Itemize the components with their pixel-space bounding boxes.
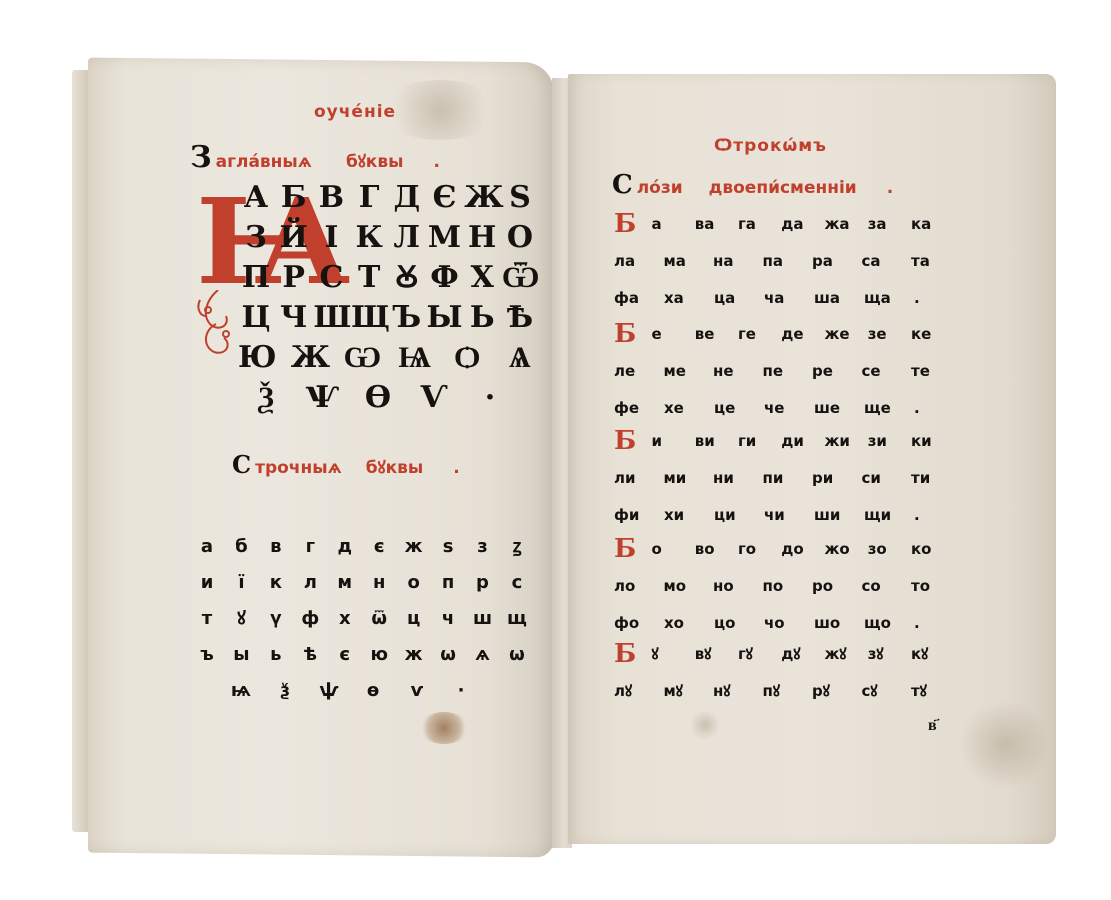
red-capital: Б (614, 534, 636, 564)
letter: Ы (427, 300, 463, 336)
syllable: ви (695, 432, 723, 450)
syllable: ще (864, 399, 892, 417)
letter: а (192, 536, 222, 557)
open-book: оучéніе Заглáвныѧбꙋквы. Ꙗ А Б В Г Д Є Ж … (0, 0, 1111, 900)
heading-period: . (453, 458, 459, 478)
letter: ь (261, 644, 291, 665)
syllable: ла (614, 252, 642, 270)
letter: · (472, 380, 508, 416)
letter: р (468, 572, 498, 593)
letter: С (313, 260, 349, 296)
syllable-row: ли ми ни пи ри си ти (614, 459, 939, 496)
letter: Ф (427, 260, 463, 296)
syllable: зо (868, 540, 896, 558)
syllable-row: лꙋ мꙋ нꙋ пꙋ рꙋ сꙋ тꙋ (614, 672, 939, 709)
syllable: чо (764, 614, 792, 632)
syllable: ди (781, 432, 809, 450)
syllable: ра (812, 252, 840, 270)
syllable-row: ле ме не пе ре се те (614, 352, 939, 389)
syllable: ма (664, 252, 692, 270)
letter: г (295, 536, 325, 557)
letter: ъ (192, 644, 222, 665)
syllable: во (695, 540, 723, 558)
syllable: ги (738, 432, 766, 450)
letter: Ю (238, 340, 274, 376)
syllable: то (911, 577, 939, 595)
syllable: та (911, 252, 939, 270)
syllable: зе (868, 325, 896, 343)
syllable: зи (868, 432, 896, 450)
syllable-block: Б а ва га да жа за ка ла ма на па ра са … (614, 205, 939, 316)
syllable: ли (614, 469, 642, 487)
lowercase-heading: Строчныѧбꙋквы. (232, 450, 460, 479)
syllable: пе (763, 362, 791, 380)
syllable: що (864, 614, 892, 632)
syllable: де (781, 325, 809, 343)
letter: Ѿ (502, 260, 538, 296)
letter: Ч (276, 300, 312, 336)
syllable: а (651, 215, 679, 233)
syllable: дꙋ (781, 644, 809, 664)
letter: ж (399, 644, 429, 665)
syllable: вꙋ (695, 644, 723, 664)
syllable: цо (714, 614, 742, 632)
letter: Щ (351, 300, 387, 336)
syllable: го (738, 540, 766, 558)
letter: ї (226, 572, 256, 593)
spot-stain (690, 710, 720, 740)
letter: ѧ (468, 644, 498, 665)
letter: В (313, 180, 349, 216)
letter: б (226, 536, 256, 557)
letter: т (192, 608, 222, 629)
syllable: сꙋ (862, 681, 890, 701)
letter-row: и ї к л м н о п р с (192, 564, 532, 600)
letter: ѳ (358, 680, 388, 701)
water-stain (960, 700, 1050, 790)
letter-row: Ц Ч Ш Щ Ъ Ы Ь Ѣ (238, 296, 538, 336)
red-capital: Б (614, 319, 636, 349)
heading-period: . (887, 178, 893, 198)
syllable: ши (814, 506, 842, 524)
syllable: ци (714, 506, 742, 524)
syllable: ло (614, 577, 642, 595)
syllable: жа (824, 215, 852, 233)
syllable: шо (814, 614, 842, 632)
letter: н (364, 572, 394, 593)
letter: Х (464, 260, 500, 296)
syllable: лꙋ (614, 681, 642, 701)
syllable-row: фи хи ци чи ши щи . (614, 496, 939, 533)
letter: Ѻ (449, 340, 485, 376)
syllable: ме (664, 362, 692, 380)
letter-row: а б в г д є ж ѕ з ꙁ (192, 528, 532, 564)
letter: ч (433, 608, 463, 629)
letter: Ѱ (304, 380, 340, 416)
syllable: хе (664, 399, 692, 417)
letter-row: ъ ы ь ѣ є ю ж ѡ ѧ ѡ (192, 636, 532, 672)
letter: Ц (238, 300, 274, 336)
left-page-title: оучéніе (314, 102, 396, 122)
letter: Ѯ (248, 380, 284, 416)
top-stain (380, 80, 500, 140)
letter: ꙁ (502, 534, 532, 558)
syllable: кꙋ (911, 644, 939, 664)
letter: к (261, 572, 291, 593)
syllable: фо (614, 614, 642, 632)
syllable: ка (911, 215, 939, 233)
heading-initial: З (190, 140, 212, 175)
syllable: и (651, 432, 679, 450)
syllable-block: Б и ви ги ди жи зи ки ли ми ни пи ри си … (614, 422, 939, 533)
letter: ш (468, 608, 498, 629)
syllable: не (713, 362, 741, 380)
letter: Ъ (389, 300, 425, 336)
letter: Ѡ (344, 340, 380, 376)
syllable: хи (664, 506, 692, 524)
syllable-block: Б е ве ге де же зе ке ле ме не пе ре се … (614, 315, 939, 426)
syllable: ре (812, 362, 840, 380)
letter: є (364, 536, 394, 557)
syllable: ле (614, 362, 642, 380)
letter: Т (351, 260, 387, 296)
letter: Ь (464, 300, 500, 336)
syllable-block: Б о во го до жо зо ко ло мо но по ро со … (614, 530, 939, 641)
syllable: мо (664, 577, 692, 595)
syllable: ве (695, 325, 723, 343)
letter: ѯ (270, 680, 300, 701)
syllable: . (914, 506, 942, 524)
letter: ꙋ (226, 606, 256, 630)
letter: м (330, 572, 360, 593)
letter: о (399, 572, 429, 593)
syllable: но (713, 577, 741, 595)
heading-word: лóзи (637, 178, 683, 198)
syllable-row: фа ха ца ча ша ща . (614, 279, 939, 316)
letter: є (330, 644, 360, 665)
letter: ѿ (364, 608, 394, 629)
letter: д (330, 536, 360, 557)
syllable: о (651, 540, 679, 558)
red-capital: Б (614, 209, 636, 239)
letter: х (330, 608, 360, 629)
syllable: га (738, 215, 766, 233)
letter: ѡ (433, 644, 463, 665)
letter: ф (295, 608, 325, 629)
letter: Ѕ (502, 180, 538, 216)
syllable: нꙋ (713, 681, 741, 701)
syllables-heading: Слóзидвоепи́сменніи. (612, 170, 893, 200)
letter: Ѳ (360, 380, 396, 416)
heading-word: аглáвныѧ (216, 152, 312, 172)
syllable: ща (864, 289, 892, 307)
letter: Г (351, 180, 387, 216)
syllable: ча (764, 289, 792, 307)
syllable: ке (911, 325, 939, 343)
letter: Ж (291, 340, 327, 376)
syllable: те (911, 362, 939, 380)
letter: Ѣ (502, 300, 538, 336)
letter: ѣ (295, 644, 325, 665)
letter-row: Ю Ж Ѡ Ѩ Ѻ Ѧ (238, 336, 538, 376)
syllable-row: Б ꙋ вꙋ гꙋ дꙋ жꙋ зꙋ кꙋ (614, 635, 939, 672)
syllable: па (763, 252, 791, 270)
syllable-row: ло мо но по ро со то (614, 567, 939, 604)
capitals-heading: Заглáвныѧбꙋквы. (190, 140, 440, 175)
letter: М (427, 220, 463, 256)
letter: ю (364, 644, 394, 665)
capital-letters-grid: А Б В Г Д Є Ж Ѕ З Й І К Л М Н О П Р С Т … (238, 176, 538, 416)
syllable: зꙋ (868, 644, 896, 664)
letter: л (295, 572, 325, 593)
letter-row: А Б В Г Д Є Ж Ѕ (238, 176, 538, 216)
syllable: за (868, 215, 896, 233)
syllable: . (914, 289, 942, 307)
heading-initial: С (612, 170, 633, 200)
syllable-row: Б е ве ге де же зе ке (614, 315, 939, 352)
letter: Ѵ (416, 380, 452, 416)
letter: К (351, 220, 387, 256)
letter: Ѧ (502, 340, 538, 376)
syllable-row: Б а ва га да жа за ка (614, 205, 939, 242)
syllable: фи (614, 506, 642, 524)
lowercase-letters-grid: а б в г д є ж ѕ з ꙁ и ї к л м н о п р с … (192, 528, 532, 708)
letter: ѡ (502, 644, 532, 665)
syllable: по (763, 577, 791, 595)
syllable: до (781, 540, 809, 558)
letter: з (468, 536, 498, 557)
syllable: ха (664, 289, 692, 307)
letter: Є (427, 180, 463, 216)
syllable: же (824, 325, 852, 343)
syllable: се (862, 362, 890, 380)
syllable: рꙋ (812, 681, 840, 701)
syllable: ти (911, 469, 939, 487)
syllable: ше (814, 399, 842, 417)
ink-stain (420, 712, 468, 744)
letter: п (433, 572, 463, 593)
syllable: ца (714, 289, 742, 307)
syllable: е (651, 325, 679, 343)
letter: ы (226, 644, 256, 665)
letter: Й (276, 220, 312, 256)
letter: О (502, 220, 538, 256)
letter: ц (399, 608, 429, 629)
syllable: це (714, 399, 742, 417)
heading-word: бꙋквы (346, 152, 404, 172)
syllable: ко (911, 540, 939, 558)
letter: Ш (313, 300, 349, 336)
letter: А (238, 180, 274, 216)
right-page-title: Ѻтрокѡ́мъ (714, 136, 827, 156)
syllable: жо (824, 540, 852, 558)
syllable: . (914, 614, 942, 632)
letter-row: З Й І К Л М Н О (238, 216, 538, 256)
letter: З (238, 220, 274, 256)
syllable: фе (614, 399, 642, 417)
syllable: ва (695, 215, 723, 233)
signature-mark: в҃ (928, 715, 937, 735)
syllable: фа (614, 289, 642, 307)
letter: Ж (464, 180, 500, 216)
letter: с (502, 572, 532, 593)
letter-row: т ꙋ ү ф х ѿ ц ч ш щ (192, 600, 532, 636)
letter-row: ѩ ѯ ѱ ѳ ѵ · (192, 672, 532, 708)
letter: щ (502, 608, 532, 629)
syllable-block: Б ꙋ вꙋ гꙋ дꙋ жꙋ зꙋ кꙋ лꙋ мꙋ нꙋ пꙋ рꙋ сꙋ … (614, 635, 939, 709)
red-capital: Б (614, 426, 636, 456)
letter: Р (276, 260, 312, 296)
syllable: щи (864, 506, 892, 524)
syllable: мꙋ (664, 681, 692, 701)
heading-period: . (433, 152, 439, 172)
syllable: са (862, 252, 890, 270)
syllable: ри (812, 469, 840, 487)
letter: Ꙋ (389, 260, 425, 296)
syllable: си (862, 469, 890, 487)
syllable-row: Б и ви ги ди жи зи ки (614, 422, 939, 459)
heading-word: двоепи́сменніи (709, 178, 857, 198)
syllable: ша (814, 289, 842, 307)
letter-row: П Р С Т Ꙋ Ф Х Ѿ (238, 256, 538, 296)
syllable: на (713, 252, 741, 270)
syllable: гꙋ (738, 644, 766, 664)
letter: · (446, 680, 476, 701)
letter: Н (464, 220, 500, 256)
letter: П (238, 260, 274, 296)
syllable: чи (764, 506, 792, 524)
heading-initial: С (232, 450, 251, 479)
letter: Л (389, 220, 425, 256)
flourish-ornament-icon (196, 290, 240, 360)
letter: Б (276, 180, 312, 216)
syllable-row: Б о во го до жо зо ко (614, 530, 939, 567)
letter: Д (389, 180, 425, 216)
syllable-row: ла ма на па ра са та (614, 242, 939, 279)
syllable: жꙋ (824, 644, 852, 664)
syllable: со (862, 577, 890, 595)
letter: Ѩ (396, 340, 432, 376)
letter: І (313, 220, 349, 256)
syllable: пꙋ (763, 681, 791, 701)
syllable: пи (763, 469, 791, 487)
letter: ѩ (226, 680, 256, 701)
syllable: ки (911, 432, 939, 450)
syllable: ꙋ (651, 644, 679, 664)
letter: ѵ (402, 680, 432, 701)
letter: ж (399, 536, 429, 557)
heading-word: трочныѧ (255, 458, 342, 478)
letter-row: Ѯ Ѱ Ѳ Ѵ · (238, 376, 538, 416)
syllable: . (914, 399, 942, 417)
letter: и (192, 572, 222, 593)
letter: ѱ (314, 680, 344, 701)
syllable-row: фе хе це че ше ще . (614, 389, 939, 426)
syllable: ге (738, 325, 766, 343)
letter: ү (261, 608, 291, 629)
syllable: хо (664, 614, 692, 632)
syllable: тꙋ (911, 681, 939, 701)
syllable: ми (664, 469, 692, 487)
letter: ѕ (433, 536, 463, 557)
syllable: жи (824, 432, 852, 450)
syllable: че (764, 399, 792, 417)
heading-word: бꙋквы (366, 458, 424, 478)
letter: в (261, 536, 291, 557)
syllable: ни (713, 469, 741, 487)
red-capital: Б (614, 639, 636, 669)
syllable: да (781, 215, 809, 233)
syllable: ро (812, 577, 840, 595)
